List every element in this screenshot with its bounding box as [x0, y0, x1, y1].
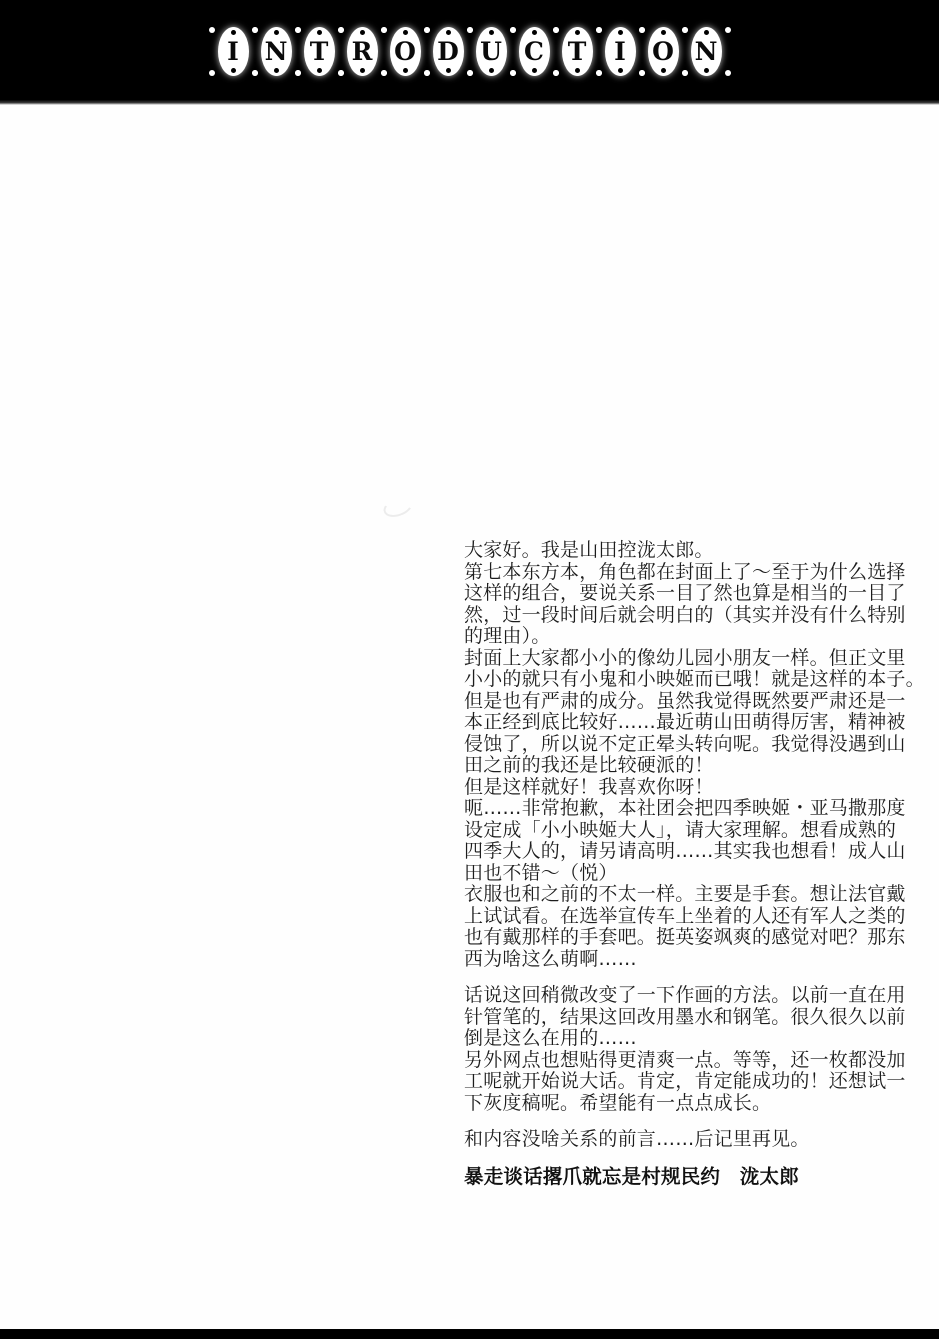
title-letter-7: C [519, 27, 550, 76]
text-line: 倒是这么在用的…… [464, 1028, 864, 1050]
text-line: 工呢就开始说大话。肯定，肯定能成功的！还想试一 [464, 1071, 864, 1093]
title-letter-9: I [605, 27, 636, 76]
title-letter-0: I [218, 27, 249, 76]
text-line: 话说这回稍微改变了一下作画的方法。以前一直在用 [464, 985, 864, 1007]
text-line: 上试试看。在选举宣传车上坐着的人还有军人之类的 [464, 906, 864, 928]
blank-line [464, 1114, 864, 1129]
text-line: 衣服也和之前的不太一样。主要是手套。想让法官戴 [464, 884, 864, 906]
title-letter-3: R [347, 27, 378, 76]
text-line: 田也不错～（悦） [464, 863, 864, 885]
text-line: 小小的就只有小鬼和小映姬而已哦！就是这样的本子。 [464, 669, 864, 691]
introduction-text-block: 大家好。我是山田控泷太郎。第七本东方本，角色都在封面上了～至于为什么选择这样的组… [464, 540, 864, 1187]
title-letter-2: T [304, 27, 335, 76]
text-line: 和内容没啥关系的前言……后记里再见。 [464, 1129, 864, 1151]
text-line: 下灰度稿呢。希望能有一点点成长。 [464, 1093, 864, 1115]
title-letter-6: U [476, 27, 507, 76]
text-line: 针管笔的，结果这回改用墨水和钢笔。很久很久以前 [464, 1007, 864, 1029]
text-line: 田之前的我还是比较硬派的！ [464, 755, 864, 777]
text-line: 西为啥这么萌啊…… [464, 949, 864, 971]
blank-line [464, 970, 864, 985]
text-line: 四季大人的，请另请高明……其实我也想看！成人山 [464, 841, 864, 863]
text-line: 本正经到底比较好……最近萌山田萌得厉害，精神被 [464, 712, 864, 734]
title-letter-4: O [390, 27, 421, 76]
text-line: 第七本东方本，角色都在封面上了～至于为什么选择 [464, 562, 864, 584]
title-letter-10: O [648, 27, 679, 76]
text-line: 大家好。我是山田控泷太郎。 [464, 540, 864, 562]
title-letter-5: D [433, 27, 464, 76]
doujin-intro-page: INTRODUCTION 大家好。我是山田控泷太郎。第七本东方本，角色都在封面上… [0, 0, 939, 1339]
text-line: 的理由）。 [464, 626, 864, 648]
text-line: 但是也有严肃的成分。虽然我觉得既然要严肃还是一 [464, 691, 864, 713]
text-line: 呃……非常抱歉，本社团会把四季映姬・亚马撒那度 [464, 798, 864, 820]
text-line: 也有戴那样的手套吧。挺英姿飒爽的感觉对吧？那东 [464, 927, 864, 949]
text-line: 但是这样就好！我喜欢你呀！ [464, 777, 864, 799]
text-line: 侵蚀了，所以说不定正晕头转向呢。我觉得没遇到山 [464, 734, 864, 756]
title-letter-11: N [691, 27, 722, 76]
title-letter-8: T [562, 27, 593, 76]
bottom-black-bleed-bar [0, 1329, 939, 1339]
text-line: 另外网点也想贴得更清爽一点。等等，还一枚都没加 [464, 1050, 864, 1072]
text-line: 封面上大家都小小的像幼儿园小朋友一样。但正文里 [464, 648, 864, 670]
text-line: 然，过一段时间后就会明白的（其实并没有什么特别 [464, 605, 864, 627]
title-letter-1: N [261, 27, 292, 76]
banner-bottom-edge [0, 100, 939, 105]
text-line: 这样的组合，要说关系一目了然也算是相当的一目了 [464, 583, 864, 605]
introduction-title: INTRODUCTION [0, 27, 939, 76]
text-line: 设定成「小小映姬大人」，请大家理解。想看成熟的 [464, 820, 864, 842]
scan-artifact [381, 493, 415, 520]
signature-line: 暴走谈话撂爪就忘是村规民约 泷太郎 [464, 1166, 864, 1188]
